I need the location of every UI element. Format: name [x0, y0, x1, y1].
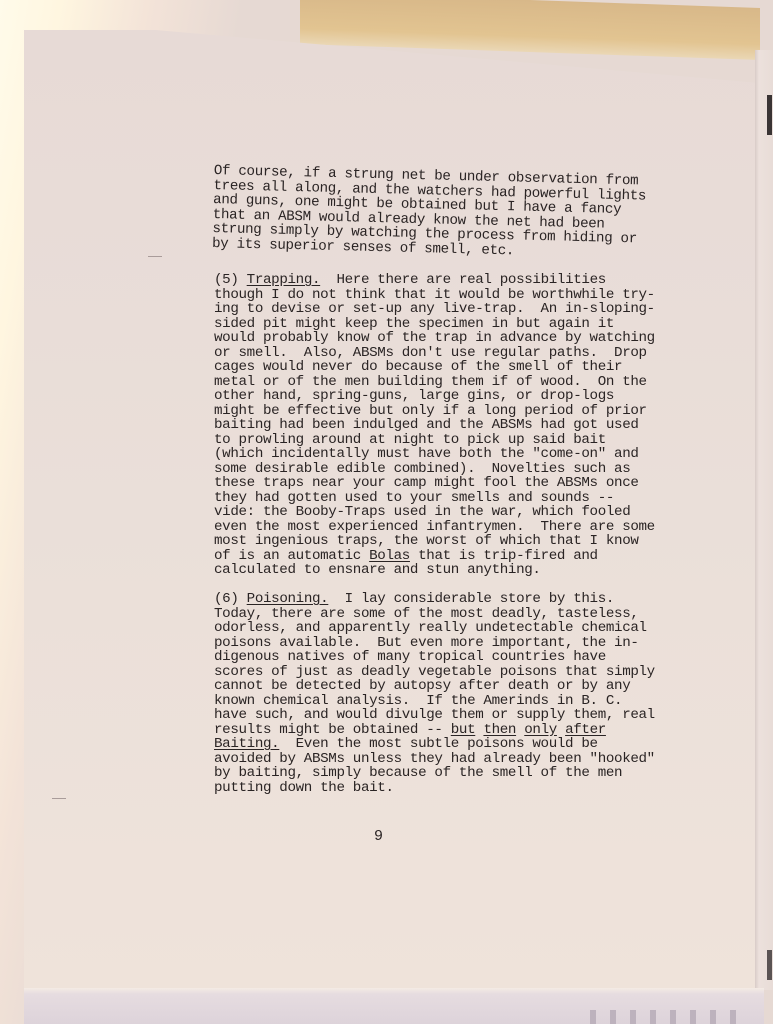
section-number: (6)	[214, 591, 239, 607]
text-line: of is an automatic Bolas that is trip-fi…	[214, 549, 694, 564]
text-line: other hand, spring-guns, large gins, or …	[214, 389, 694, 404]
section-number: (5)	[214, 272, 239, 288]
section-heading: Trapping.	[247, 272, 320, 288]
edge-mark	[767, 95, 772, 135]
underlined-word: Baiting.	[214, 736, 279, 752]
text-line: though I do not think that it would be w…	[214, 288, 694, 303]
edge-mark	[767, 950, 772, 980]
text-line: ing to devise or set-up any live-trap. A…	[214, 302, 694, 317]
margin-mark	[148, 256, 162, 257]
text-line: cages would never do because of the smel…	[214, 360, 694, 375]
text-line: would probably know of the trap in advan…	[214, 331, 694, 346]
text-line: some desirable edible combined). Novelti…	[214, 462, 694, 477]
text-line: results might be obtained -- but then on…	[214, 723, 694, 738]
text-line: even the most experienced infantrymen. T…	[214, 520, 694, 535]
text-line: might be effective but only if a long pe…	[214, 404, 694, 419]
text-fragment: Even the most subtle poisons would be	[279, 736, 597, 752]
text-line: poisons available. But even more importa…	[214, 636, 694, 651]
text-line: to prowling around at night to pick up s…	[214, 433, 694, 448]
text-line: vide: the Booby-Traps used in the war, w…	[214, 505, 694, 520]
text-line: by baiting, simply because of the smell …	[214, 766, 694, 781]
bottom-edge-marks	[590, 1010, 750, 1024]
text-line: scores of just as deadly vegetable poiso…	[214, 665, 694, 680]
page-right-edge	[755, 50, 773, 990]
paragraph-intro: Of course, if a strung net be under obse…	[212, 164, 694, 263]
paragraph-poisoning: (6) Poisoning. I lay considerable store …	[214, 592, 694, 795]
text-line: known chemical analysis. If the Amerinds…	[214, 694, 694, 709]
text-line: (which incidentally must have both the "…	[214, 447, 694, 462]
text-line: putting down the bait.	[214, 781, 694, 796]
text-line: avoided by ABSMs unless they had already…	[214, 752, 694, 767]
text-line: Today, there are some of the most deadly…	[214, 607, 694, 622]
text-line: cannot be detected by autopsy after deat…	[214, 679, 694, 694]
text-line: have such, and would divulge them or sup…	[214, 708, 694, 723]
section-heading: Poisoning.	[247, 591, 329, 607]
text-line: odorless, and apparently really undetect…	[214, 621, 694, 636]
text-line: most ingenious traps, the worst of which…	[214, 534, 694, 549]
margin-mark	[52, 798, 66, 799]
text-fragment: I lay considerable store by this.	[328, 591, 614, 607]
text-line: these traps near your camp might fool th…	[214, 476, 694, 491]
text-line: sided pit might keep the specimen in but…	[214, 317, 694, 332]
text-line: or smell. Also, ABSMs don't use regular …	[214, 346, 694, 361]
section-heading-line: (6) Poisoning. I lay considerable store …	[214, 592, 694, 607]
typewritten-text: Of course, if a strung net be under obse…	[214, 164, 694, 810]
text-line: baiting had been indulged and the ABSMs …	[214, 418, 694, 433]
page-number: 9	[374, 828, 383, 845]
section-heading-line: (5) Trapping. Here there are real possib…	[214, 273, 694, 288]
text-fragment: Here there are real possibilities	[320, 272, 606, 288]
text-line: digenous natives of many tropical countr…	[214, 650, 694, 665]
text-line: metal or of the men building them if of …	[214, 375, 694, 390]
paragraph-trapping: (5) Trapping. Here there are real possib…	[214, 273, 694, 578]
text-line: they had gotten used to your smells and …	[214, 491, 694, 506]
text-line: calculated to ensnare and stun anything.	[214, 563, 694, 578]
text-line: Baiting. Even the most subtle poisons wo…	[214, 737, 694, 752]
